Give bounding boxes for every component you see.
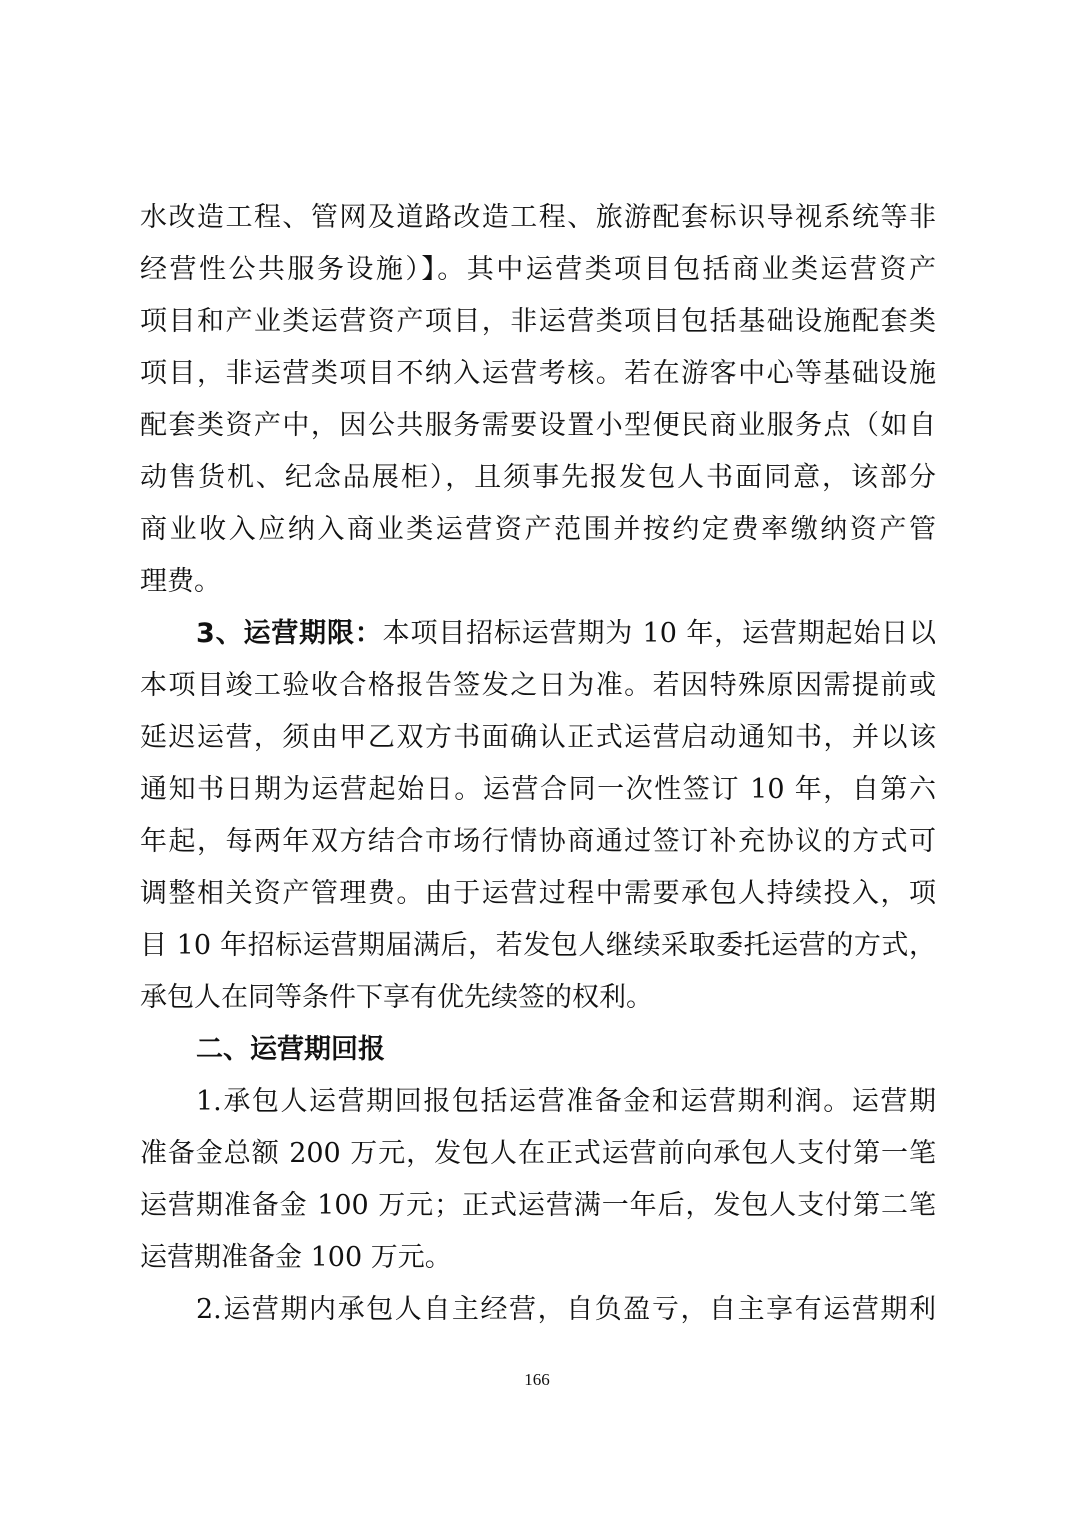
text-line: 项目和产业类运营资产项目，非运营类项目包括基础设施配套类 xyxy=(140,302,936,342)
text-run: 本项目招标运营期为 10 年，运营期起始日以 xyxy=(383,618,936,649)
text-line: 配套类资产中，因公共服务需要设置小型便民商业服务点（如自 xyxy=(140,406,936,446)
text-line: 经营性公共服务设施）】。其中运营类项目包括商业类运营资产 xyxy=(140,250,936,290)
text-line: 调整相关资产管理费。由于运营过程中需要承包人持续投入，项 xyxy=(140,874,936,914)
text-line: 水改造工程、管网及道路改造工程、旅游配套标识导视系统等非 xyxy=(140,198,936,238)
text-line: 项目，非运营类项目不纳入运营考核。若在游客中心等基础设施 xyxy=(140,354,936,394)
text-line: 商业收入应纳入商业类运营资产范围并按约定费率缴纳资产管 xyxy=(140,510,936,550)
text-line: 承包人在同等条件下享有优先续签的权利。 xyxy=(140,978,936,1018)
text-line: 通知书日期为运营起始日。运营合同一次性签订 10 年，自第六 xyxy=(140,770,936,810)
page-number: 166 xyxy=(0,1370,1074,1390)
text-line: 运营期准备金 100 万元。 xyxy=(140,1238,936,1278)
text-line: 2.运营期内承包人自主经营，自负盈亏，自主享有运营期利 xyxy=(196,1290,936,1330)
document-page: 水改造工程、管网及道路改造工程、旅游配套标识导视系统等非 经营性公共服务设施）】… xyxy=(0,0,1074,1520)
text-line: 目 10 年招标运营期届满后，若发包人继续采取委托运营的方式， xyxy=(140,926,936,966)
section-3-first-line: 3、运营期限：本项目招标运营期为 10 年，运营期起始日以 xyxy=(196,614,936,654)
text-line: 本项目竣工验收合格报告签发之日为准。若因特殊原因需提前或 xyxy=(140,666,936,706)
text-line: 理费。 xyxy=(140,562,936,602)
text-line: 运营期准备金 100 万元；正式运营满一年后，发包人支付第二笔 xyxy=(140,1186,936,1226)
text-line: 1.承包人运营期回报包括运营准备金和运营期利润。运营期 xyxy=(196,1082,936,1122)
text-line: 年起，每两年双方结合市场行情协商通过签订补充协议的方式可 xyxy=(140,822,936,862)
text-line: 准备金总额 200 万元，发包人在正式运营前向承包人支付第一笔 xyxy=(140,1134,936,1174)
text-line: 动售货机、纪念品展柜），且须事先报发包人书面同意，该部分 xyxy=(140,458,936,498)
section-label: 3、运营期限： xyxy=(196,618,383,649)
section-heading: 二、运营期回报 xyxy=(196,1030,936,1070)
text-line: 延迟运营，须由甲乙双方书面确认正式运营启动通知书，并以该 xyxy=(140,718,936,758)
